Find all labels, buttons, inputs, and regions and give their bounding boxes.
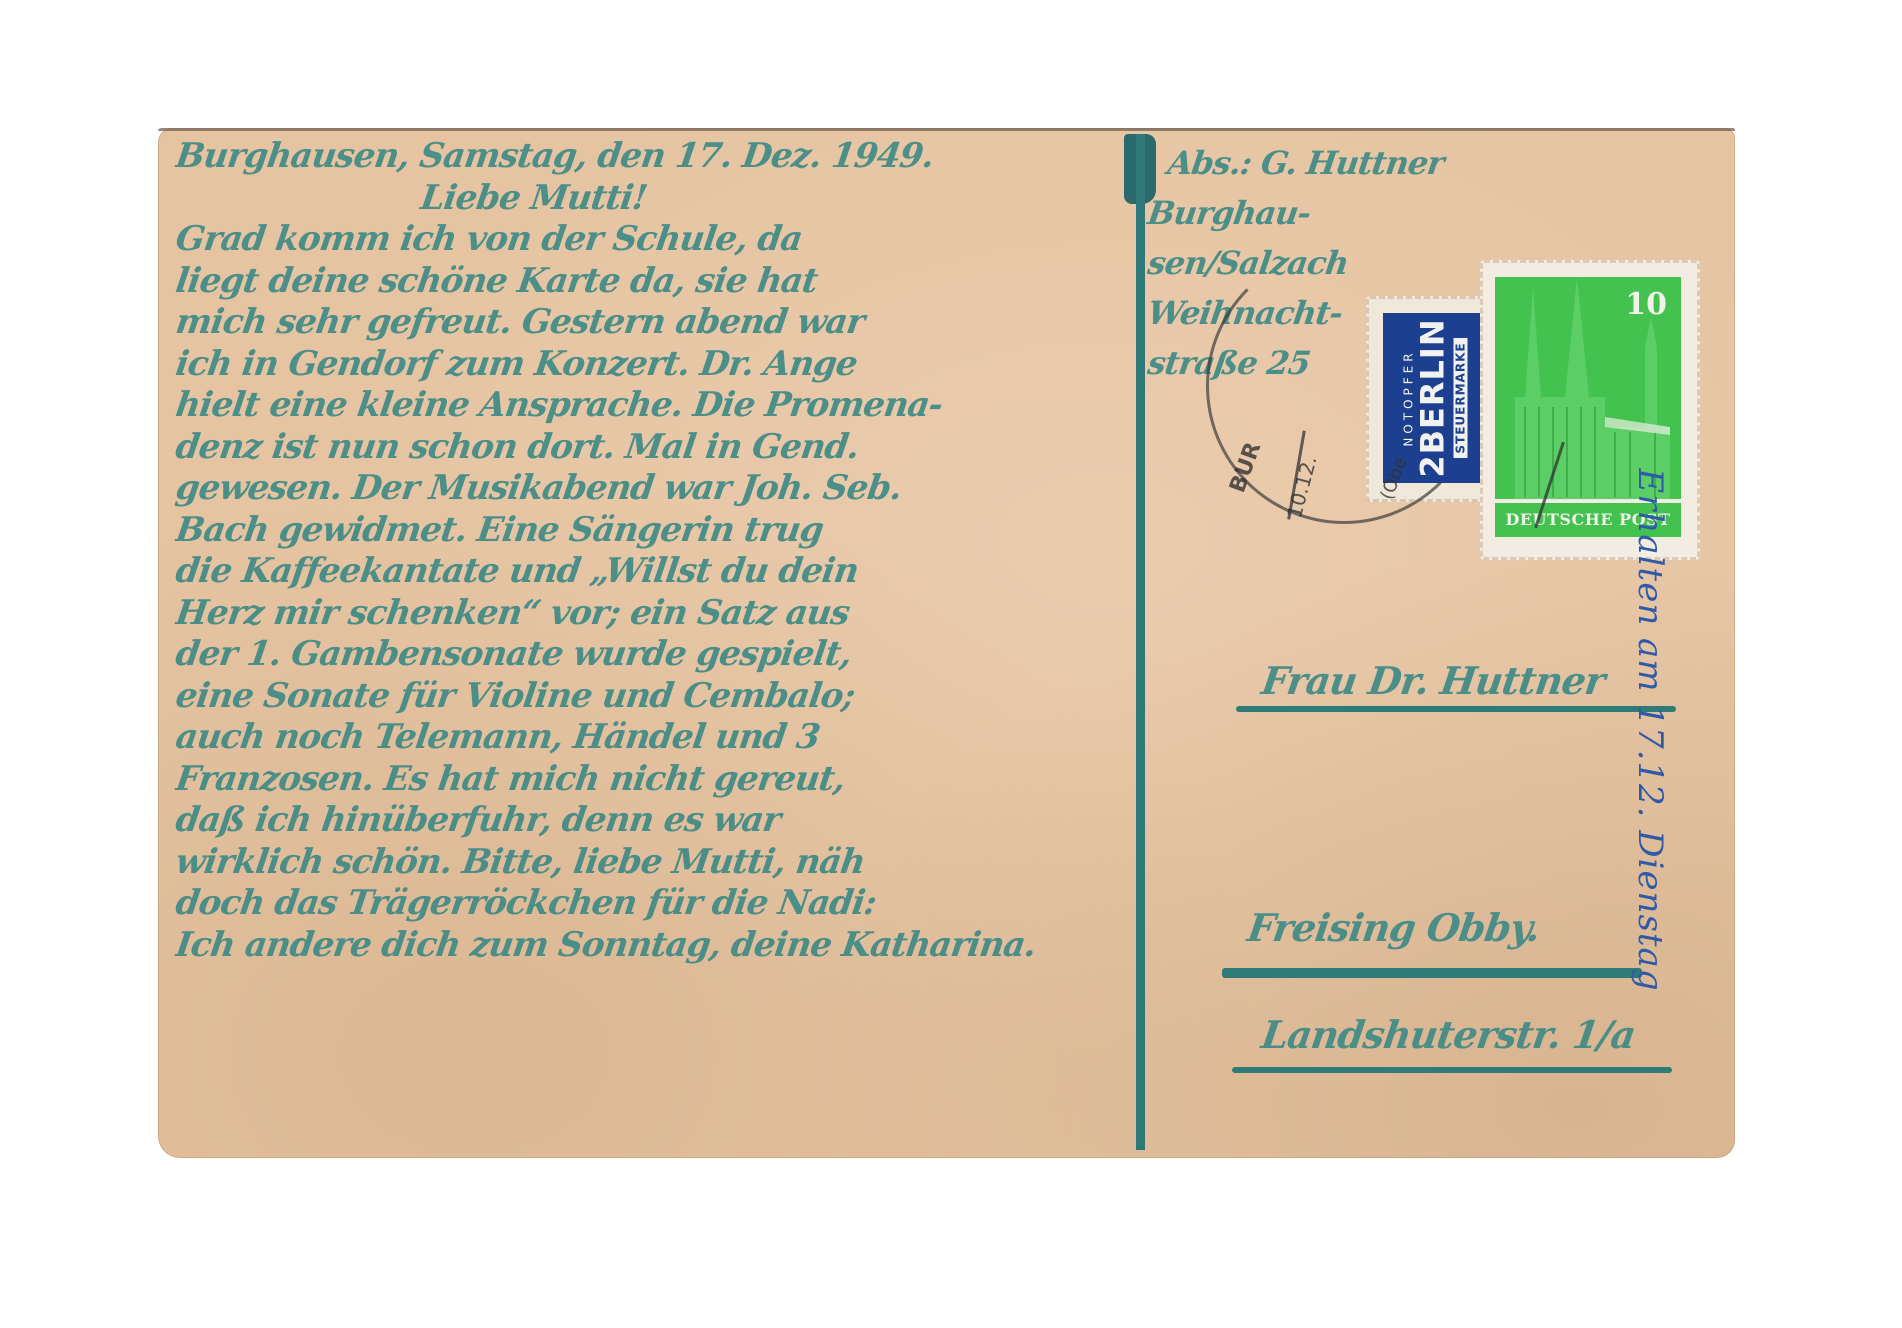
address-underline — [1232, 1067, 1672, 1073]
letter-line: die Kaffeekantate und „Willst du dein — [173, 551, 1114, 593]
sender-line: Burghau- — [1144, 188, 1491, 238]
letter-line: doch das Trägerröckchen für die Nadi: — [173, 883, 1114, 925]
stamp-value: 10 — [1625, 287, 1667, 322]
letter-dateline: Burghausen, Samstag, den 17. Dez. 1949. — [173, 136, 1114, 178]
letter-line: eine Sonate für Violine und Cembalo; — [173, 676, 1114, 718]
letter-body: Burghausen, Samstag, den 17. Dez. 1949. … — [176, 136, 1111, 966]
recipient-line: Landshuterstr. 1/a — [1259, 1012, 1638, 1057]
sender-line: Abs.: G. Huttner — [1144, 138, 1491, 188]
address-underline — [1236, 706, 1676, 712]
annotation-text: Erhalten am 17.12. Dienstag — [1630, 468, 1670, 991]
letter-line: denz ist nun schon dort. Mal in Gend. — [173, 427, 1114, 469]
letter-line: Bach gewidmet. Eine Sängerin trug — [173, 510, 1114, 552]
letter-line: daß ich hinüberfuhr, denn es war — [173, 800, 1114, 842]
letter-greeting: Liebe Mutti! — [173, 178, 1114, 220]
letter-line: Franzosen. Es hat mich nicht gereut, — [173, 759, 1114, 801]
recipient-city: Freising Obby. — [1248, 905, 1539, 950]
recipient-name: Frau Dr. Huttner — [1262, 658, 1604, 703]
letter-line: hielt eine kleine Ansprache. Die Promena… — [173, 385, 1114, 427]
recipient-line: Frau Dr. Huttner — [1259, 658, 1608, 703]
letter-line: auch noch Telemann, Händel und 3 — [173, 717, 1114, 759]
letter-line: Grad komm ich von der Schule, da — [173, 219, 1114, 261]
letter-line: ich in Gendorf zum Konzert. Dr. Ange — [173, 344, 1114, 386]
letter-line: wirklich schön. Bitte, liebe Mutti, näh — [173, 842, 1114, 884]
cathedral-image: 10 — [1495, 277, 1681, 499]
letter-line: Ich andere dich zum Sonntag, deine Katha… — [173, 925, 1114, 967]
letter-line: der 1. Gambensonate wurde gespielt, — [173, 634, 1114, 676]
recipient-line: Freising Obby. — [1245, 905, 1543, 950]
recipient-street: Landshuterstr. 1/a — [1262, 1012, 1635, 1057]
letter-line: Herz mir schenken“ vor; ein Satz aus — [173, 593, 1114, 635]
letter-line: gewesen. Der Musikabend war Joh. Seb. — [173, 468, 1114, 510]
letter-line: mich sehr gefreut. Gestern abend war — [173, 302, 1114, 344]
address-underline — [1222, 968, 1642, 978]
received-annotation: Erhalten am 17.12. Dienstag — [1620, 470, 1680, 990]
letter-line: liegt deine schöne Karte da, sie hat — [173, 261, 1114, 303]
